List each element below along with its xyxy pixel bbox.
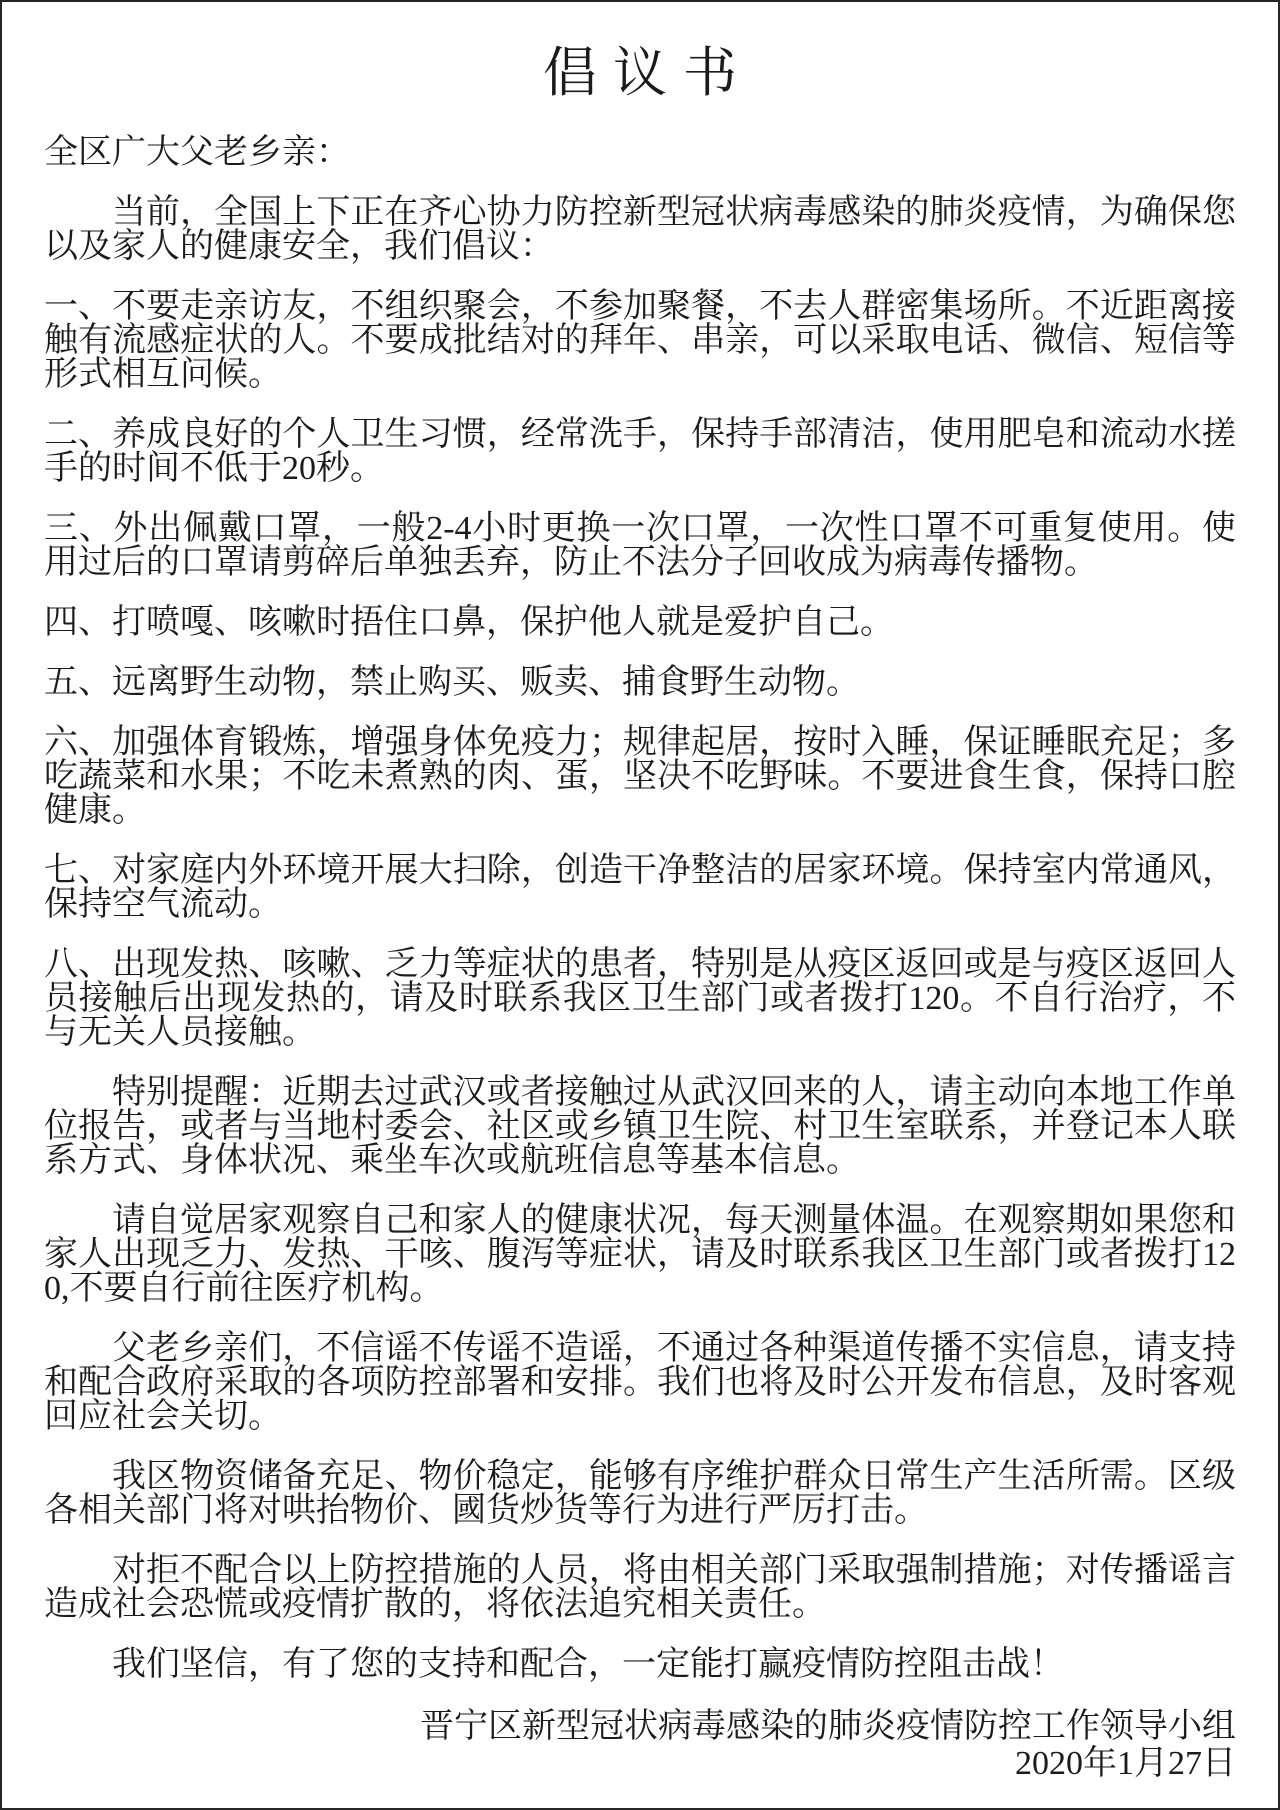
signature-date: 2020年1月27日 bbox=[44, 1745, 1236, 1782]
paragraph-item-8: 八、出现发热、咳嗽、乏力等症状的患者，特别是从疫区返回或是与疫区返回人员接触后出… bbox=[44, 948, 1236, 1050]
paragraph-observe: 请自觉居家观察自己和家人的健康状况，每天测量体温。在观察期如果您和家人出现乏力、… bbox=[44, 1204, 1236, 1306]
paragraph-closing: 我们坚信，有了您的支持和配合，一定能打赢疫情防控阻击战！ bbox=[44, 1648, 1236, 1682]
salutation: 全区广大父老乡亲： bbox=[44, 134, 1236, 172]
document-title: 倡议书 bbox=[44, 42, 1236, 104]
document-page: 倡议书 全区广大父老乡亲： 当前，全国上下正在齐心协力防控新型冠状病毒感染的肺炎… bbox=[0, 0, 1280, 1810]
signature-organization: 晋宁区新型冠状病毒感染的肺炎疫情防控工作领导小组 bbox=[44, 1708, 1236, 1745]
paragraph-rumors: 父老乡亲们，不信谣不传谣不造谣，不通过各种渠道传播不实信息，请支持和配合政府采取… bbox=[44, 1332, 1236, 1434]
paragraph-item-6: 六、加强体育锻炼，增强身体免疫力；规律起居，按时入睡，保证睡眠充足；多吃蔬菜和水… bbox=[44, 726, 1236, 828]
paragraph-item-7: 七、对家庭内外环境开展大扫除，创造干净整洁的居家环境。保持室内常通风，保持空气流… bbox=[44, 854, 1236, 922]
paragraph-enforce: 对拒不配合以上防控措施的人员，将由相关部门采取强制措施；对传播谣言造成社会恐慌或… bbox=[44, 1554, 1236, 1622]
paragraph-item-5: 五、远离野生动物，禁止购买、贩卖、捕食野生动物。 bbox=[44, 666, 1236, 700]
paragraph-item-1: 一、不要走亲访友，不组织聚会，不参加聚餐，不去人群密集场所。不近距离接触有流感症… bbox=[44, 290, 1236, 392]
paragraph-supplies: 我区物资储备充足、物价稳定，能够有序维护群众日常生产生活所需。区级各相关部门将对… bbox=[44, 1460, 1236, 1528]
paragraph-reminder: 特别提醒：近期去过武汉或者接触过从武汉回来的人，请主动向本地工作单位报告，或者与… bbox=[44, 1076, 1236, 1178]
paragraph-item-2: 二、养成良好的个人卫生习惯，经常洗手，保持手部清洁，使用肥皂和流动水搓手的时间不… bbox=[44, 418, 1236, 486]
paragraph-item-4: 四、打喷嘎、咳嗽时捂住口鼻，保护他人就是爱护自己。 bbox=[44, 606, 1236, 640]
paragraph-intro: 当前，全国上下正在齐心协力防控新型冠状病毒感染的肺炎疫情，为确保您以及家人的健康… bbox=[44, 196, 1236, 264]
signature-block: 晋宁区新型冠状病毒感染的肺炎疫情防控工作领导小组 2020年1月27日 bbox=[44, 1708, 1236, 1782]
paragraph-item-3: 三、外出佩戴口罩，一般2-4小时更换一次口罩，一次性口罩不可重复使用。使用过后的… bbox=[44, 512, 1236, 580]
